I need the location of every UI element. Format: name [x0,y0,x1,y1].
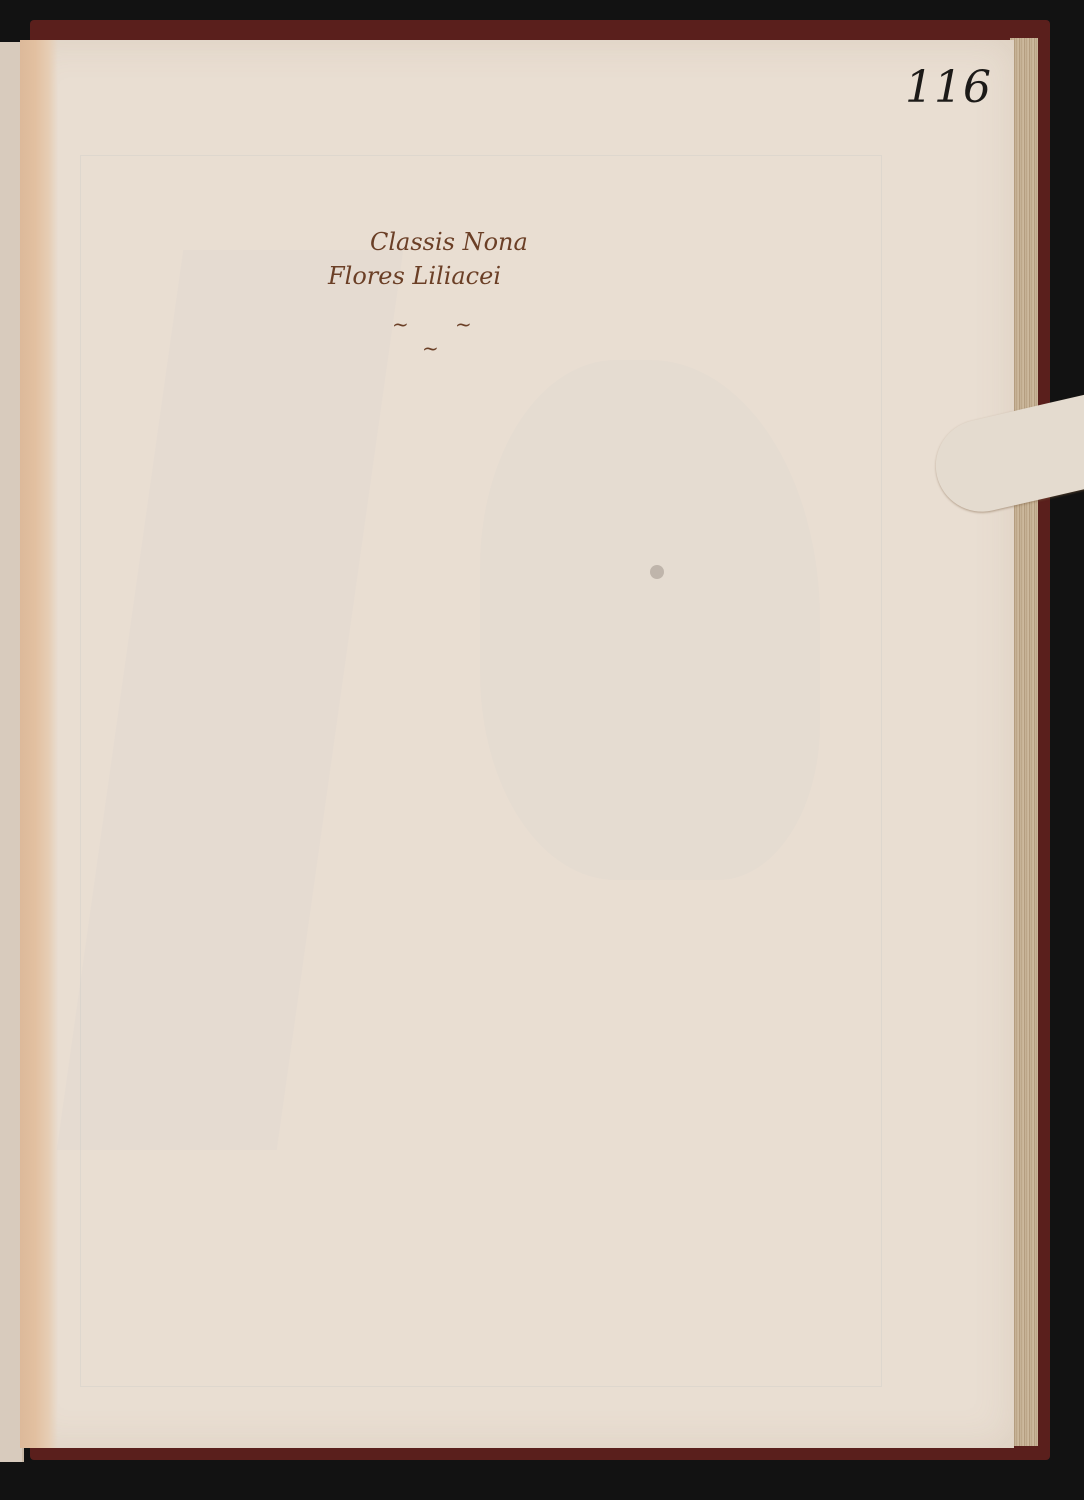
page-edges [1010,38,1038,1446]
flourish-mark: ~ [422,336,439,360]
heading-line-1: Classis Nona [318,225,598,259]
show-through-illustration [480,360,820,880]
heading-line-2: Flores Liliacei [318,259,598,293]
folio-number: 116 [905,62,992,113]
gutter-stain [20,40,58,1448]
page-heading: Classis Nona Flores Liliacei [318,225,598,293]
flourish-mark: ~ [455,312,472,336]
paper-spot [650,565,664,579]
flourish-mark: ~ [392,312,409,336]
